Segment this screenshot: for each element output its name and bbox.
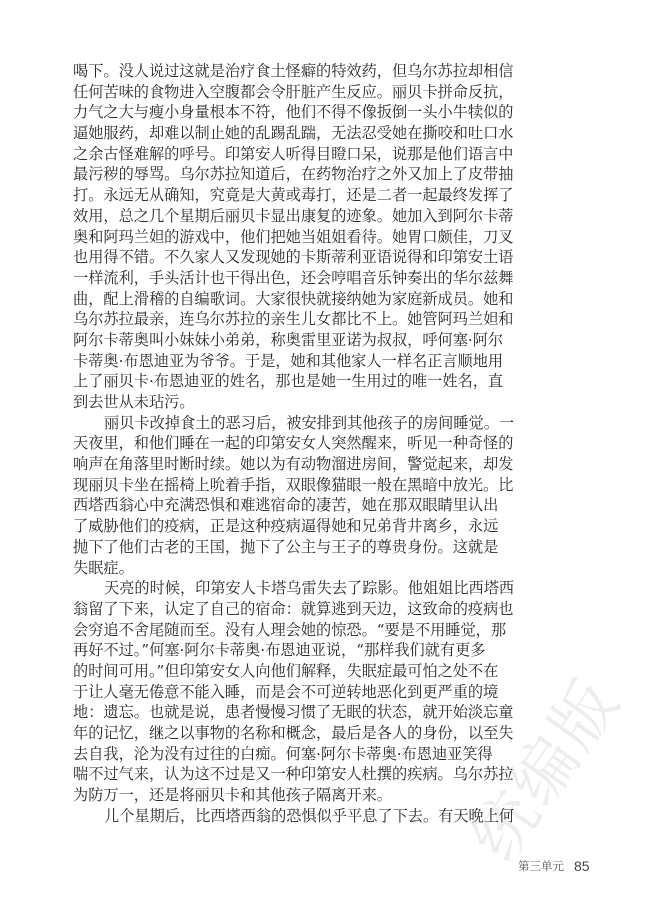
text-line: 现丽贝卡坐在摇椅上吮着手指，双眼像猫眼一般在黑暗中放光。比 (73, 475, 453, 496)
text-line: 也用得不错。不久家人又发现她的卡斯蒂利亚语说得和印第安土语 (73, 247, 453, 268)
text-line: 曲，配上滑稽的自编歌词。大家很快就接纳她为家庭新成员。她和 (73, 289, 453, 310)
text-line: 卡蒂奥·布恩迪亚为爷爷。于是，她和其他家人一样名正言顺地用 (73, 351, 453, 372)
text-line: 失眠症。 (73, 558, 453, 579)
text-line: 到去世从未玷污。 (73, 392, 453, 413)
text-line: 为防万一，还是将丽贝卡和其他孩子隔离开来。 (73, 785, 453, 806)
text-line: 西塔西翁心中充满恐惧和难逃宿命的凄苦，她在那双眼睛里认出 (73, 495, 453, 516)
text-line: 打。永远无从确知，究竟是大黄或毒打，还是二者一起最终发挥了 (73, 185, 453, 206)
text-line: 一样流利，手头活计也干得出色，还会哼唱音乐钟奏出的华尔兹舞 (73, 268, 453, 289)
text-line: 的时间可用。”但印第安女人向他们解释，失眠症最可怕之处不在 (73, 661, 453, 682)
text-line: 丽贝卡改掉食土的恶习后，被安排到其他孩子的房间睡觉。一 (73, 413, 453, 434)
text-line: 天亮的时候，印第安人卡塔乌雷失去了踪影。他姐姐比西塔西 (73, 578, 453, 599)
book-page: 喝下。没人说过这就是治疗食土怪癖的特效药，但乌尔苏拉却相信任何苦味的食物进入空腹… (0, 0, 647, 916)
text-line: 天夜里，和他们睡在一起的印第安女人突然醒来，听见一种奇怪的 (73, 433, 453, 454)
text-line: 奥和阿玛兰妲的游戏中，他们把她当姐姐看待。她胃口颇佳，刀叉 (73, 227, 453, 248)
unit-label: 第三单元 (518, 858, 564, 874)
text-line: 地：遗忘。也就是说，患者慢慢习惯了无眠的状态，就开始淡忘童 (73, 702, 453, 723)
text-line: 乌尔苏拉最亲，连乌尔苏拉的亲生儿女都比不上。她管阿玛兰妲和 (73, 309, 453, 330)
text-line: 响声在角落里时断时续。她以为有动物溜进房间，警觉起来，却发 (73, 454, 453, 475)
text-line: 逼她服药，却难以制止她的乱踢乱踹，无法忍受她在撕咬和吐口水 (73, 123, 453, 144)
text-line: 上了丽贝卡·布恩迪亚的姓名，那也是她一生用过的唯一姓名，直 (73, 371, 453, 392)
text-line: 喘不过气来，认为这不过是又一种印第安人杜撰的疾病。乌尔苏拉 (73, 764, 453, 785)
text-line: 去自我，沦为没有过往的白痴。何塞·阿尔卡蒂奥·布恩迪亚笑得 (73, 744, 453, 765)
page-number: 85 (574, 858, 590, 874)
text-line: 最污秽的辱骂。乌尔苏拉知道后，在药物治疗之外又加上了皮带抽 (73, 164, 453, 185)
text-line: 会穷追不舍尾随而至。没有人理会她的惊恐。“要是不用睡觉，那 (73, 620, 453, 641)
text-line: 喝下。没人说过这就是治疗食土怪癖的特效药，但乌尔苏拉却相信 (73, 61, 453, 82)
text-line: 之余古怪难解的呼号。印第安人听得目瞪口呆，说那是他们语言中 (73, 144, 453, 165)
text-line: 阿尔卡蒂奥叫小妹妹小弟弟，称奥雷里亚诺为叔叔，呼何塞·阿尔 (73, 330, 453, 351)
text-line: 翁留了下来，认定了自己的宿命：就算逃到天边，这致命的疫病也 (73, 599, 453, 620)
text-line: 年的记忆，继之以事物的名称和概念，最后是各人的身份，以至失 (73, 723, 453, 744)
text-line: 效用，总之几个星期后丽贝卡显出康复的迹象。她加入到阿尔卡蒂 (73, 206, 453, 227)
text-line: 再好不过。”何塞·阿尔卡蒂奥·布恩迪亚说，“那样我们就有更多 (73, 640, 453, 661)
text-line: 力气之大与瘦小身量根本不符，他们不得不像扳倒一头小牛犊似的 (73, 102, 453, 123)
text-line: 任何苦味的食物进入空腹都会令肝脏产生反应。丽贝卡拼命反抗， (73, 82, 453, 103)
body-text: 喝下。没人说过这就是治疗食土怪癖的特效药，但乌尔苏拉却相信任何苦味的食物进入空腹… (73, 61, 453, 826)
text-line: 儿个星期后，比西塔西翁的恐惧似乎平息了下去。有天晚上何 (73, 806, 453, 827)
page-footer: 第三单元 85 (518, 857, 590, 875)
text-line: 抛下了他们古老的王国，抛下了公主与王子的尊贵身份。这就是 (73, 537, 453, 558)
text-line: 了威胁他们的疫病，正是这种疫病逼得她和兄弟背井离乡，永远 (73, 516, 453, 537)
text-line: 于让人毫无倦意不能入睡，而是会不可逆转地恶化到更严重的境 (73, 682, 453, 703)
